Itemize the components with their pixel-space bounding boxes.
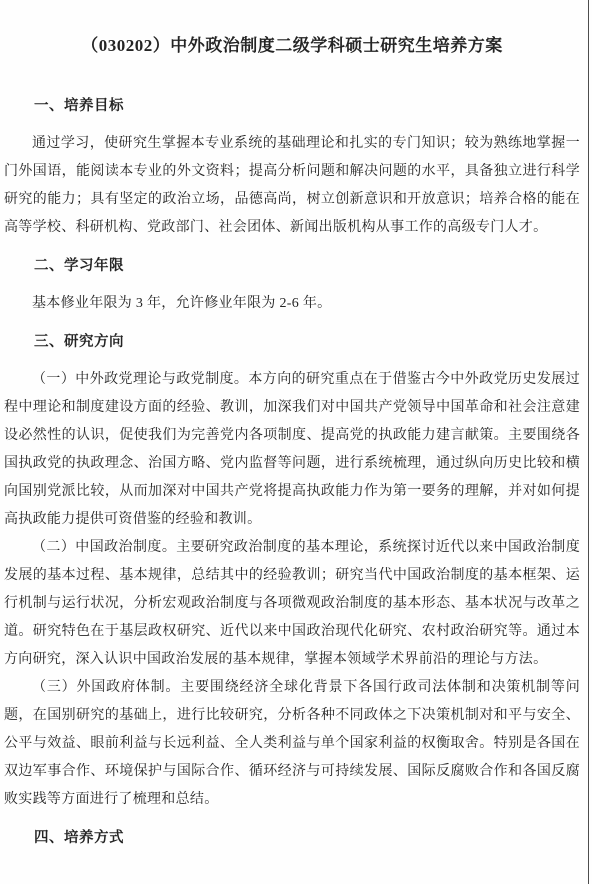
paragraph-training-goals: 通过学习，使研究生掌握本专业系统的基础理论和扎实的专门知识；较为熟练地掌握一门外… bbox=[4, 130, 580, 242]
paragraph-study-duration: 基本修业年限为 3 年，允许修业年限为 2-6 年。 bbox=[4, 290, 580, 318]
page-title: （030202）中外政治制度二级学科硕士研究生培养方案 bbox=[4, 34, 580, 58]
paragraph-research-direction-1: （一）中外政党理论与政党制度。本方向的研究重点在于借鉴古今中外政党历史发展过程中… bbox=[4, 366, 580, 534]
document-content: （030202）中外政治制度二级学科硕士研究生培养方案 一、培养目标 通过学习，… bbox=[0, 0, 592, 848]
document-page: （030202）中外政治制度二级学科硕士研究生培养方案 一、培养目标 通过学习，… bbox=[0, 0, 592, 884]
page-edge-line bbox=[588, 0, 589, 884]
section-heading-study-duration: 二、学习年限 bbox=[34, 256, 580, 276]
section-heading-research-directions: 三、研究方向 bbox=[34, 332, 580, 352]
paragraph-research-direction-2: （二）中国政治制度。主要研究政治制度的基本理论，系统探讨近代以来中国政治制度发展… bbox=[4, 534, 580, 674]
section-heading-training-method: 四、培养方式 bbox=[34, 828, 580, 848]
paragraph-research-direction-3: （三）外国政府体制。主要围绕经济全球化背景下各国行政司法体制和决策机制等问题，在… bbox=[4, 674, 580, 814]
section-heading-training-goals: 一、培养目标 bbox=[34, 96, 580, 116]
